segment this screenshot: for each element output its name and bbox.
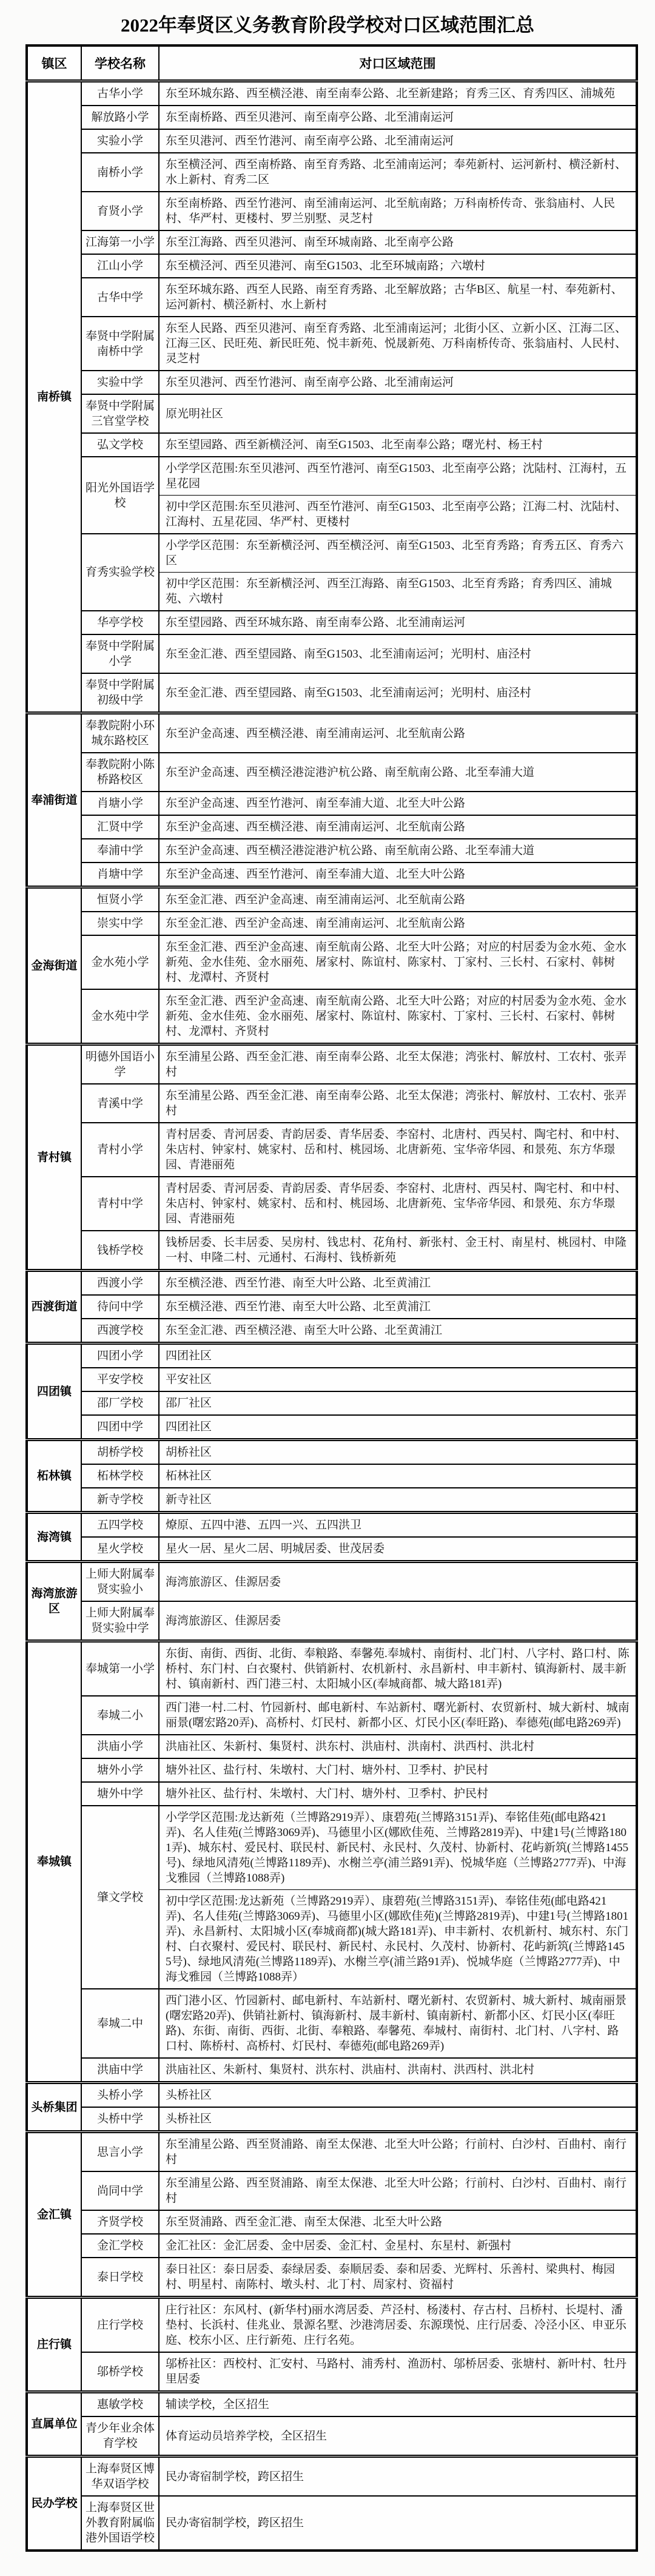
- range-cell: 东至贝港河、西至竹港河、南至南亭公路、北至浦南运河: [159, 129, 637, 153]
- school-name-cell: 平安学校: [81, 1368, 159, 1391]
- header-row: 镇区 学校名称 对口区域范围: [27, 45, 637, 81]
- school-name-cell: 实验小学: [81, 129, 159, 153]
- table-row: 平安学校平安社区: [27, 1368, 637, 1391]
- table-row: 星火学校星火一居、星火二居、明城居委、世茂居委: [27, 1537, 637, 1562]
- range-cell: 初中学区范围:龙达新苑（兰博路2919弄）、康碧苑(兰博路3151弄)、奉铭佳苑…: [159, 1890, 637, 1989]
- range-cell: 燎原、五四中港、五四一兴、五四洪卫: [159, 1513, 637, 1538]
- table-row: 青村镇明德外国语小学东至浦星公路、西至金汇港、南至南奉公路、北至太保港；湾张村、…: [27, 1044, 637, 1085]
- range-cell: 青村居委、青河居委、青韵居委、青华居委、李窑村、北唐村、西吴村、陶宅村、和中村、…: [159, 1123, 637, 1177]
- range-cell: 东至金汇港、西至沪金高速、南至浦南运河、北至航南公路: [159, 887, 637, 912]
- school-name-cell: 上海奉贤区博华双语学校: [81, 2457, 159, 2497]
- range-cell: 东至沪金高速、西至竹港河、南至奉浦大道、北至大叶公路: [159, 792, 637, 815]
- table-row: 奉贤中学附属初级中学东至金汇港、西至望园路、南至G1503、北至浦南运河；光明村…: [27, 673, 637, 713]
- range-cell: 西门港一村.二村、竹园新村、邮电新村、车站新村、曙光新村、农贸新村、城大新村、城…: [159, 1696, 637, 1735]
- school-name-cell: 齐贤学校: [81, 2210, 159, 2234]
- school-name-cell: 上海奉贤区世外教育附属临港外国语学校: [81, 2496, 159, 2551]
- range-cell: 平安社区: [159, 1368, 637, 1391]
- range-cell: 东至浦星公路、西至贤浦路、南至太保港、北至大叶公路；行前村、白沙村、百曲村、南行…: [159, 2171, 637, 2210]
- school-name-cell: 头桥小学: [81, 2083, 159, 2108]
- range-cell: 东至望园路、西至新横泾河、南至G1503、北至南奉公路；曙光村、杨王村: [159, 433, 637, 457]
- range-cell: 塘外社区、盐行村、朱墩村、大门村、塘外村、卫季村、护民村: [159, 1782, 637, 1806]
- table-row: 民办学校上海奉贤区博华双语学校民办寄宿制学校，跨区招生: [27, 2457, 637, 2497]
- col-header-school-name: 学校名称: [81, 45, 159, 81]
- school-name-cell: 明德外国语小学: [81, 1044, 159, 1085]
- table-row: 洪庙中学洪庙社区、朱新村、集贤村、洪东村、洪庙村、洪南村、洪西村、洪北村: [27, 2058, 637, 2083]
- table-row: 奉贤中学附属小学东至金汇港、西至望园路、南至G1503、北至浦南运河；光明村、庙…: [27, 634, 637, 673]
- school-name-cell: 柘林学校: [81, 1464, 159, 1488]
- range-cell: 东至金汇港、西至望园路、南至G1503、北至浦南运河；光明村、庙泾村: [159, 673, 637, 713]
- col-header-zone-range: 对口区域范围: [159, 45, 637, 81]
- school-name-cell: 弘文学校: [81, 433, 159, 457]
- school-name-cell: 古华小学: [81, 81, 159, 106]
- table-row: 柘林镇胡桥学校胡桥社区: [27, 1440, 637, 1465]
- table-row: 海湾镇五四学校燎原、五四中港、五四一兴、五四洪卫: [27, 1513, 637, 1538]
- range-cell: 庄行社区：东风村、(新华村)丽水湾居委、芦泾村、杨溇村、存古村、吕桥村、长堤村、…: [159, 2298, 637, 2353]
- table-row: 崇实中学东至金汇港、西至沪金高速、南至浦南运河、北至航南公路: [27, 912, 637, 935]
- table-row: 塘外小学塘外社区、盐行村、朱墩村、大门村、塘外村、卫季村、护民村: [27, 1758, 637, 1782]
- table-row: 南桥镇古华小学东至环城东路、西至横泾港、南至南奉公路、北至新建路；育秀三区、育秀…: [27, 81, 637, 106]
- school-name-cell: 四团中学: [81, 1415, 159, 1440]
- table-row: 海湾旅游区上师大附属奉贤实验小海湾旅游区、佳源居委: [27, 1562, 637, 1602]
- town-cell: 奉浦街道: [27, 713, 81, 887]
- table-row: 头桥集团头桥小学头桥社区: [27, 2083, 637, 2108]
- town-cell: 头桥集团: [27, 2083, 81, 2132]
- range-cell: 东至横泾河、西至贝港河、南至G1503、北至环城南路；六墩村: [159, 254, 637, 278]
- range-cell: 金汇社区：金汇居委、金中居委、金汇村、金星村、东星村、新强村: [159, 2234, 637, 2258]
- school-name-cell: 肇文学校: [81, 1806, 159, 1989]
- town-cell: 南桥镇: [27, 81, 81, 713]
- table-row: 肖塘小学东至沪金高速、西至竹港河、南至奉浦大道、北至大叶公路: [27, 792, 637, 815]
- table-body: 南桥镇古华小学东至环城东路、西至横泾港、南至南奉公路、北至新建路；育秀三区、育秀…: [27, 81, 637, 2551]
- range-cell: 海湾旅游区、佳源居委: [159, 1601, 637, 1641]
- table-row: 奉贤中学附属三官堂学校原光明社区: [27, 394, 637, 433]
- table-row: 江山小学东至横泾河、西至贝港河、南至G1503、北至环城南路；六墩村: [27, 254, 637, 278]
- table-row: 南桥小学东至横泾河、西至南桥路、南至育秀路、北至浦南运河；奉苑新村、运河新村、横…: [27, 153, 637, 192]
- table-row: 金汇镇思言小学东至浦星公路、西至贤浦路、南至太保港、北至大叶公路；行前村、白沙村…: [27, 2132, 637, 2172]
- school-name-cell: 奉贤中学附属小学: [81, 634, 159, 673]
- range-cell: 泰日社区：泰日居委、泰绿居委、泰顺居委、泰和居委、光辉村、乐善村、梁典村、梅园村…: [159, 2258, 637, 2298]
- table-row: 西渡学校东至金汇港、西至横泾港、南至大叶公路、北至黄浦江: [27, 1319, 637, 1343]
- table-row: 奉城二中西门港小区、竹园新村、邮电新村、车站新村、曙光新村、农贸新村、城大新村、…: [27, 1989, 637, 2058]
- range-cell: 东至浦星公路、西至贤浦路、南至太保港、北至大叶公路；行前村、白沙村、百曲村、南行…: [159, 2132, 637, 2172]
- range-cell: 塘外社区、盐行村、朱墩村、大门村、塘外村、卫季村、护民村: [159, 1758, 637, 1782]
- school-name-cell: 西渡学校: [81, 1319, 159, 1343]
- school-name-cell: 四团小学: [81, 1343, 159, 1368]
- range-cell: 四团社区: [159, 1415, 637, 1440]
- range-cell: 东至横泾港、西至竹港、南至大叶公路、北至黄浦江: [159, 1271, 637, 1296]
- table-row: 四团中学四团社区: [27, 1415, 637, 1440]
- school-name-cell: 五四学校: [81, 1513, 159, 1538]
- school-name-cell: 青溪中学: [81, 1084, 159, 1123]
- table-row: 奉城二小西门港一村.二村、竹园新村、邮电新村、车站新村、曙光新村、农贸新村、城大…: [27, 1696, 637, 1735]
- range-cell: 头桥社区: [159, 2083, 637, 2108]
- table-row: 头桥中学头桥社区: [27, 2107, 637, 2132]
- table-row: 金水苑小学东至金汇港、西至沪金高速、南至航南公路、北至大叶公路；对应的村居委为金…: [27, 935, 637, 989]
- range-cell: 东至沪金高速、西至竹港河、南至奉浦大道、北至大叶公路: [159, 863, 637, 887]
- table-row: 青少年业余体育学校体育运动员培养学校，全区招生: [27, 2416, 637, 2457]
- range-cell: 东至沪金高速、西至横泾港、南至浦南运河、北至航南公路: [159, 713, 637, 753]
- town-cell: 海湾旅游区: [27, 1562, 81, 1641]
- town-cell: 西渡街道: [27, 1271, 81, 1343]
- range-cell: 东至横泾港、西至竹港、南至大叶公路、北至黄浦江: [159, 1295, 637, 1319]
- school-name-cell: 头桥中学: [81, 2107, 159, 2132]
- school-name-cell: 上师大附属奉贤实验小: [81, 1562, 159, 1602]
- range-cell: 东至贝港河、西至竹港河、南至南亭公路、北至浦南运河: [159, 371, 637, 394]
- table-row: 洪庙小学洪庙社区、朱新村、集贤村、洪东村、洪庙村、洪南村、洪西村、洪北村: [27, 1735, 637, 1758]
- table-row: 齐贤学校东至贤浦路、西至金汇港、南至太保港、北至大叶公路: [27, 2210, 637, 2234]
- range-cell: 东至沪金高速、西至横泾港、南至浦南运河、北至航南公路: [159, 815, 637, 839]
- table-row: 奉浦中学东至沪金高速、西至横泾港淀港沪杭公路、南至航南公路、北至奉浦大道: [27, 839, 637, 863]
- table-row: 四团镇四团小学四团社区: [27, 1343, 637, 1368]
- range-cell: 东至沪金高速、西至横泾港淀港沪杭公路、南至航南公路、北至奉浦大道: [159, 753, 637, 792]
- range-cell: 初中学区范围:东至贝港河、西至竹港河、南至G1503、北至南亭公路；江海二村、沈…: [159, 496, 637, 534]
- table-row: 青村小学青村居委、青河居委、青韵居委、青华居委、李窑村、北唐村、西吴村、陶宅村、…: [27, 1123, 637, 1177]
- table-row: 阳光外国语学校小学学区范围:东至贝港河、西至竹港河、南至G1503、北至南亭公路…: [27, 457, 637, 496]
- range-cell: 东至环城东路、西至横泾港、南至南奉公路、北至新建路；育秀三区、育秀四区、浦城苑: [159, 81, 637, 106]
- table-row: 上海奉贤区世外教育附属临港外国语学校民办寄宿制学校，跨区招生: [27, 2496, 637, 2551]
- table-row: 金水苑中学东至金汇港、西至沪金高速、南至航南公路、北至大叶公路；对应的村居委为金…: [27, 989, 637, 1044]
- range-cell: 头桥社区: [159, 2107, 637, 2132]
- range-cell: 东至金汇港、西至横泾港、南至大叶公路、北至黄浦江: [159, 1319, 637, 1343]
- school-name-cell: 金汇学校: [81, 2234, 159, 2258]
- range-cell: 东至南桥路、西至竹港河、南至浦南运河、北至航南路；万科南桥传奇、张翁庙村、人民村…: [159, 192, 637, 230]
- school-name-cell: 育秀实验学校: [81, 534, 159, 611]
- range-cell: 东至沪金高速、西至横泾港淀港沪杭公路、南至航南公路、北至奉浦大道: [159, 839, 637, 863]
- school-name-cell: 邵厂学校: [81, 1391, 159, 1415]
- school-name-cell: 金水苑小学: [81, 935, 159, 989]
- table-row: 汇贤中学东至沪金高速、西至横泾港、南至浦南运河、北至航南公路: [27, 815, 637, 839]
- range-cell: 初中学区范围：东至新横泾河、西至江海路、南至G1503、北至育秀路；育秀四区、浦…: [159, 573, 637, 611]
- school-zone-table: 镇区 学校名称 对口区域范围 南桥镇古华小学东至环城东路、西至横泾港、南至南奉公…: [25, 44, 638, 2552]
- school-name-cell: 塘外小学: [81, 1758, 159, 1782]
- school-name-cell: 奉浦中学: [81, 839, 159, 863]
- range-cell: 星火一居、星火二居、明城居委、世茂居委: [159, 1537, 637, 1562]
- range-cell: 钱桥居委、长丰居委、吴房村、钱忠村、花角村、新张村、金王村、南星村、桃园村、申隆…: [159, 1231, 637, 1271]
- range-cell: 东街、南街、西街、北街、奉粮路、奉馨苑.奉城村、南街村、北门村、八字村、路口村、…: [159, 1641, 637, 1697]
- school-name-cell: 惠敏学校: [81, 2392, 159, 2417]
- table-row: 青溪中学东至浦星公路、西至金汇港、南至南奉公路、北至太保港；湾张村、解放村、工农…: [27, 1084, 637, 1123]
- range-cell: 邬桥社区：西校村、汇安村、马路村、浦秀村、渔沥村、邬桥居委、张塘村、新叶村、牡丹…: [159, 2352, 637, 2392]
- range-cell: 辅读学校，全区招生: [159, 2392, 637, 2417]
- town-cell: 金海街道: [27, 887, 81, 1044]
- range-cell: 西门港小区、竹园新村、邮电新村、车站新村、曙光新村、农贸新村、城大新村、城南丽景…: [159, 1989, 637, 2058]
- school-name-cell: 上师大附属奉贤实验中学: [81, 1601, 159, 1641]
- range-cell: 东至望园路、西至环城东路、南至南奉公路、北至浦南运河: [159, 611, 637, 634]
- table-row: 泰日学校泰日社区：泰日居委、泰绿居委、泰顺居委、泰和居委、光辉村、乐善村、梁典村…: [27, 2258, 637, 2298]
- table-row: 华亭学校东至望园路、西至环城东路、南至南奉公路、北至浦南运河: [27, 611, 637, 634]
- town-cell: 庄行镇: [27, 2298, 81, 2392]
- range-cell: 新寺社区: [159, 1488, 637, 1513]
- table-row: 奉贤中学附属南桥中学东至人民路、西至贝港河、南至育秀路、北至浦南运河；北街小区、…: [27, 317, 637, 371]
- town-cell: 奉城镇: [27, 1641, 81, 2083]
- table-row: 育贤小学东至南桥路、西至竹港河、南至浦南运河、北至航南路；万科南桥传奇、张翁庙村…: [27, 192, 637, 230]
- table-row: 弘文学校东至望园路、西至新横泾河、南至G1503、北至南奉公路；曙光村、杨王村: [27, 433, 637, 457]
- table-row: 实验小学东至贝港河、西至竹港河、南至南亭公路、北至浦南运河: [27, 129, 637, 153]
- range-cell: 东至金汇港、西至沪金高速、南至浦南运河、北至航南公路: [159, 912, 637, 935]
- school-name-cell: 洪庙小学: [81, 1735, 159, 1758]
- school-name-cell: 邬桥学校: [81, 2352, 159, 2392]
- table-row: 待问中学东至横泾港、西至竹港、南至大叶公路、北至黄浦江: [27, 1295, 637, 1319]
- school-name-cell: 奉教院附小环城东路校区: [81, 713, 159, 753]
- school-name-cell: 汇贤中学: [81, 815, 159, 839]
- range-cell: 民办寄宿制学校，跨区招生: [159, 2496, 637, 2551]
- table-row: 新寺学校新寺社区: [27, 1488, 637, 1513]
- school-name-cell: 育贤小学: [81, 192, 159, 230]
- town-cell: 金汇镇: [27, 2132, 81, 2298]
- table-row: 青村中学青村居委、青河居委、青韵居委、青华居委、李窑村、北唐村、西吴村、陶宅村、…: [27, 1177, 637, 1231]
- range-cell: 东至南桥路、西至贝港河、南至南亭公路、北至浦南运河: [159, 106, 637, 129]
- table-row: 上师大附属奉贤实验中学海湾旅游区、佳源居委: [27, 1601, 637, 1641]
- school-name-cell: 奉城二小: [81, 1696, 159, 1735]
- town-cell: 四团镇: [27, 1343, 81, 1440]
- range-cell: 东至环城东路、西至人民路、南至育秀路、北至解放路；古华B区、航星一村、奉苑新村、…: [159, 278, 637, 317]
- range-cell: 体育运动员培养学校，全区招生: [159, 2416, 637, 2457]
- table-row: 钱桥学校钱桥居委、长丰居委、吴房村、钱忠村、花角村、新张村、金王村、南星村、桃园…: [27, 1231, 637, 1271]
- table-row: 西渡街道西渡小学东至横泾港、西至竹港、南至大叶公路、北至黄浦江: [27, 1271, 637, 1296]
- town-cell: 直属单位: [27, 2392, 81, 2457]
- table-row: 实验中学东至贝港河、西至竹港河、南至南亭公路、北至浦南运河: [27, 371, 637, 394]
- school-name-cell: 奉贤中学附属初级中学: [81, 673, 159, 713]
- town-cell: 青村镇: [27, 1044, 81, 1271]
- school-name-cell: 西渡小学: [81, 1271, 159, 1296]
- range-cell: 四团社区: [159, 1343, 637, 1368]
- table-row: 邬桥学校邬桥社区：西校村、汇安村、马路村、浦秀村、渔沥村、邬桥居委、张塘村、新叶…: [27, 2352, 637, 2392]
- range-cell: 原光明社区: [159, 394, 637, 433]
- school-name-cell: 肖塘中学: [81, 863, 159, 887]
- school-name-cell: 肖塘小学: [81, 792, 159, 815]
- table-row: 塘外中学塘外社区、盐行村、朱墩村、大门村、塘外村、卫季村、护民村: [27, 1782, 637, 1806]
- range-cell: 东至贤浦路、西至金汇港、南至太保港、北至大叶公路: [159, 2210, 637, 2234]
- range-cell: 柘林社区: [159, 1464, 637, 1488]
- table-row: 尚同中学东至浦星公路、西至贤浦路、南至太保港、北至大叶公路；行前村、白沙村、百曲…: [27, 2171, 637, 2210]
- range-cell: 洪庙社区、朱新村、集贤村、洪东村、洪庙村、洪南村、洪西村、洪北村: [159, 1735, 637, 1758]
- range-cell: 东至浦星公路、西至金汇港、南至南奉公路、北至太保港；湾张村、解放村、工农村、张弄…: [159, 1044, 637, 1085]
- range-cell: 东至金汇港、西至沪金高速、南至航南公路、北至大叶公路；对应的村居委为金水苑、金水…: [159, 989, 637, 1044]
- school-name-cell: 洪庙中学: [81, 2058, 159, 2083]
- school-name-cell: 奉教院附小陈桥路校区: [81, 753, 159, 792]
- school-name-cell: 恒贤小学: [81, 887, 159, 912]
- table-row: 肖塘中学东至沪金高速、西至竹港河、南至奉浦大道、北至大叶公路: [27, 863, 637, 887]
- range-cell: 东至金汇港、西至望园路、南至G1503、北至浦南运河；光明村、庙泾村: [159, 634, 637, 673]
- town-cell: 海湾镇: [27, 1513, 81, 1562]
- school-name-cell: 塘外中学: [81, 1782, 159, 1806]
- range-cell: 洪庙社区、朱新村、集贤村、洪东村、洪庙村、洪南村、洪西村、洪北村: [159, 2058, 637, 2083]
- school-name-cell: 阳光外国语学校: [81, 457, 159, 534]
- school-name-cell: 华亭学校: [81, 611, 159, 634]
- school-name-cell: 胡桥学校: [81, 1440, 159, 1465]
- table-row: 奉教院附小陈桥路校区东至沪金高速、西至横泾港淀港沪杭公路、南至航南公路、北至奉浦…: [27, 753, 637, 792]
- table-row: 肇文学校小学学区范围:龙达新苑（兰博路2919弄）、康碧苑(兰博路3151弄)、…: [27, 1806, 637, 1890]
- page-title: 2022年奉贤区义务教育阶段学校对口区域范围汇总: [0, 10, 655, 37]
- school-name-cell: 泰日学校: [81, 2258, 159, 2298]
- table-row: 奉城镇奉城第一小学东街、南街、西街、北街、奉粮路、奉馨苑.奉城村、南街村、北门村…: [27, 1641, 637, 1697]
- range-cell: 民办寄宿制学校，跨区招生: [159, 2457, 637, 2497]
- range-cell: 东至浦星公路、西至金汇港、南至南奉公路、北至太保港；湾张村、解放村、工农村、张弄…: [159, 1084, 637, 1123]
- school-name-cell: 江海第一小学: [81, 230, 159, 254]
- table-row: 育秀实验学校小学学区范围：东至新横泾河、西至横泾河、南至G1503、北至育秀路；…: [27, 534, 637, 573]
- school-name-cell: 庄行学校: [81, 2298, 159, 2353]
- town-cell: 柘林镇: [27, 1440, 81, 1513]
- school-name-cell: 崇实中学: [81, 912, 159, 935]
- range-cell: 东至金汇港、西至沪金高速、南至航南公路、北至大叶公路；对应的村居委为金水苑、金水…: [159, 935, 637, 989]
- school-name-cell: 奉城二中: [81, 1989, 159, 2058]
- town-cell: 民办学校: [27, 2457, 81, 2551]
- table-row: 金海街道恒贤小学东至金汇港、西至沪金高速、南至浦南运河、北至航南公路: [27, 887, 637, 912]
- school-name-cell: 星火学校: [81, 1537, 159, 1562]
- school-name-cell: 实验中学: [81, 371, 159, 394]
- school-name-cell: 待问中学: [81, 1295, 159, 1319]
- table-row: 直属单位惠敏学校辅读学校，全区招生: [27, 2392, 637, 2417]
- school-name-cell: 解放路小学: [81, 106, 159, 129]
- school-name-cell: 奉城第一小学: [81, 1641, 159, 1697]
- range-cell: 东至人民路、西至贝港河、南至育秀路、北至浦南运河；北街小区、立新小区、江海二区、…: [159, 317, 637, 371]
- school-name-cell: 奉贤中学附属三官堂学校: [81, 394, 159, 433]
- school-name-cell: 钱桥学校: [81, 1231, 159, 1271]
- table-row: 古华中学东至环城东路、西至人民路、南至育秀路、北至解放路；古华B区、航星一村、奉…: [27, 278, 637, 317]
- range-cell: 青村居委、青河居委、青韵居委、青华居委、李窑村、北唐村、西吴村、陶宅村、和中村、…: [159, 1177, 637, 1231]
- school-name-cell: 新寺学校: [81, 1488, 159, 1513]
- table-header: 镇区 学校名称 对口区域范围: [27, 45, 637, 81]
- range-cell: 东至横泾河、西至南桥路、南至育秀路、北至浦南运河；奉苑新村、运河新村、横泾新村、…: [159, 153, 637, 192]
- range-cell: 小学学区范围:龙达新苑（兰博路2919弄）、康碧苑(兰博路3151弄)、奉铭佳苑…: [159, 1806, 637, 1890]
- table-row: 邵厂学校邵厂社区: [27, 1391, 637, 1415]
- table-row: 金汇学校金汇社区：金汇居委、金中居委、金汇村、金星村、东星村、新强村: [27, 2234, 637, 2258]
- range-cell: 小学学区范围：东至新横泾河、西至横泾河、南至G1503、北至育秀路；育秀五区、育…: [159, 534, 637, 573]
- table-row: 奉浦街道奉教院附小环城东路校区东至沪金高速、西至横泾港、南至浦南运河、北至航南公…: [27, 713, 637, 753]
- school-name-cell: 青村中学: [81, 1177, 159, 1231]
- range-cell: 小学学区范围:东至贝港河、西至竹港河、南至G1503、北至南亭公路；沈陆村、江海…: [159, 457, 637, 496]
- range-cell: 邵厂社区: [159, 1391, 637, 1415]
- range-cell: 胡桥社区: [159, 1440, 637, 1465]
- col-header-town: 镇区: [27, 45, 81, 81]
- school-name-cell: 南桥小学: [81, 153, 159, 192]
- range-cell: 海湾旅游区、佳源居委: [159, 1562, 637, 1602]
- school-name-cell: 江山小学: [81, 254, 159, 278]
- school-name-cell: 思言小学: [81, 2132, 159, 2172]
- school-name-cell: 青村小学: [81, 1123, 159, 1177]
- school-name-cell: 金水苑中学: [81, 989, 159, 1044]
- school-name-cell: 古华中学: [81, 278, 159, 317]
- school-name-cell: 青少年业余体育学校: [81, 2416, 159, 2457]
- table-row: 解放路小学东至南桥路、西至贝港河、南至南亭公路、北至浦南运河: [27, 106, 637, 129]
- school-name-cell: 奉贤中学附属南桥中学: [81, 317, 159, 371]
- school-name-cell: 尚同中学: [81, 2171, 159, 2210]
- document-page: 2022年奉贤区义务教育阶段学校对口区域范围汇总 镇区 学校名称 对口区域范围 …: [0, 0, 655, 2576]
- table-row: 江海第一小学东至江海路、西至贝港河、南至环城南路、北至南亭公路: [27, 230, 637, 254]
- range-cell: 东至江海路、西至贝港河、南至环城南路、北至南亭公路: [159, 230, 637, 254]
- table-row: 柘林学校柘林社区: [27, 1464, 637, 1488]
- table-row: 庄行镇庄行学校庄行社区：东风村、(新华村)丽水湾居委、芦泾村、杨溇村、存古村、吕…: [27, 2298, 637, 2353]
